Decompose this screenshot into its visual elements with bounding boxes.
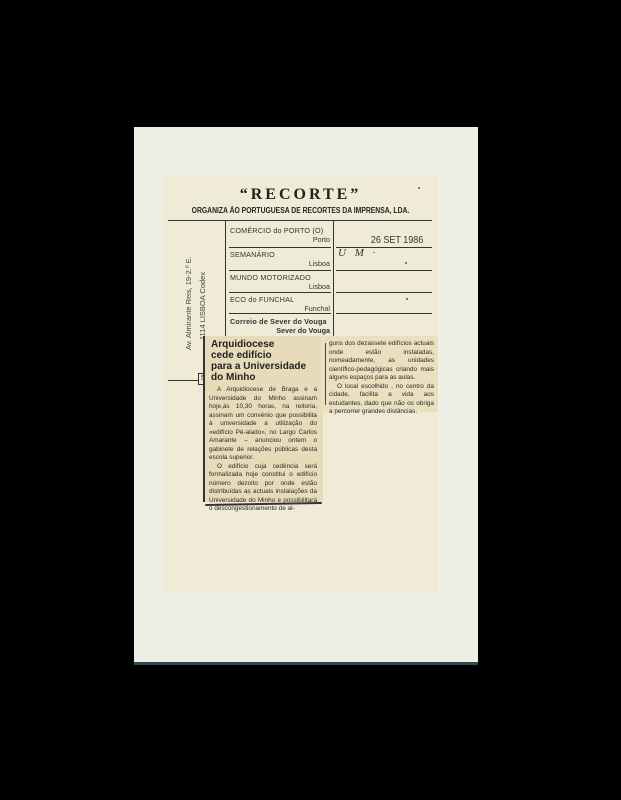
headline-line: para a Universidade bbox=[211, 361, 306, 372]
date-rule bbox=[336, 292, 432, 293]
agency-subtitle: ORGANIZA ÃO PORTUGUESA DE RECORTES DA IM… bbox=[184, 206, 418, 215]
agency-title: “RECORTE” bbox=[163, 186, 438, 204]
publication-name: Correio de Sever do Vouga bbox=[230, 317, 330, 326]
row-rule bbox=[229, 247, 331, 248]
row-rule bbox=[229, 270, 331, 271]
address-line-2: 1114 LISBOA Codex bbox=[198, 272, 207, 340]
article-headline: Arquidiocese cede edifício para a Univer… bbox=[211, 339, 306, 383]
publication-city: Porto bbox=[230, 235, 330, 244]
row-rule bbox=[229, 292, 331, 293]
publication-row: MUNDO MOTORIZADO Lisboa bbox=[230, 273, 330, 291]
article-body-column-1: A Arquidiocese de Braga e a Universidade… bbox=[209, 386, 317, 514]
table-column-divider bbox=[333, 220, 334, 336]
publication-city: Lisboa bbox=[230, 282, 330, 291]
address-line-1: Av. Almirante Reis, 19-2.º E. bbox=[184, 256, 193, 350]
publication-row: Correio de Sever do Vouga Sever do Vouga bbox=[230, 317, 330, 335]
publication-city: Lisboa bbox=[230, 259, 330, 268]
date-rule bbox=[336, 313, 432, 314]
publication-row: ECO do FUNCHAL Funchal bbox=[230, 295, 330, 313]
publication-name: COMÉRCIO do PORTO (O) bbox=[230, 226, 330, 235]
article-paragraph: O edifício cuja cedência será formalizad… bbox=[209, 463, 317, 514]
publication-city: Sever do Vouga bbox=[230, 326, 330, 335]
article-paragraph: O local escolhido , no centro da cidade,… bbox=[329, 383, 434, 417]
column-rule bbox=[325, 343, 326, 405]
article-paragraph: guns dos dezassete edifícios actuais ond… bbox=[329, 340, 434, 383]
publication-name: MUNDO MOTORIZADO bbox=[230, 273, 330, 282]
speck bbox=[405, 262, 407, 264]
handwritten-code: U M · bbox=[338, 247, 378, 259]
publication-row: COMÉRCIO do PORTO (O) Porto bbox=[230, 226, 330, 244]
headline-line: cede edifício bbox=[211, 350, 306, 361]
article-body-column-2: guns dos dezassete edifícios actuais ond… bbox=[329, 340, 434, 417]
date-rule bbox=[336, 270, 432, 271]
headline-line: Arquidiocese bbox=[211, 339, 306, 350]
publication-name: SEMANÁRIO bbox=[230, 250, 330, 259]
headline-line: do Minho bbox=[211, 372, 306, 383]
date-stamp: 26 SET 1986 bbox=[371, 235, 423, 246]
publication-row: SEMANÁRIO Lisboa bbox=[230, 250, 330, 268]
publication-name: ECO do FUNCHAL bbox=[230, 295, 330, 304]
publication-city: Funchal bbox=[230, 304, 330, 313]
speck bbox=[406, 298, 408, 300]
row-rule bbox=[229, 313, 331, 314]
article-paragraph: A Arquidiocese de Braga e a Universidade… bbox=[209, 386, 317, 463]
header-rule bbox=[168, 220, 432, 221]
